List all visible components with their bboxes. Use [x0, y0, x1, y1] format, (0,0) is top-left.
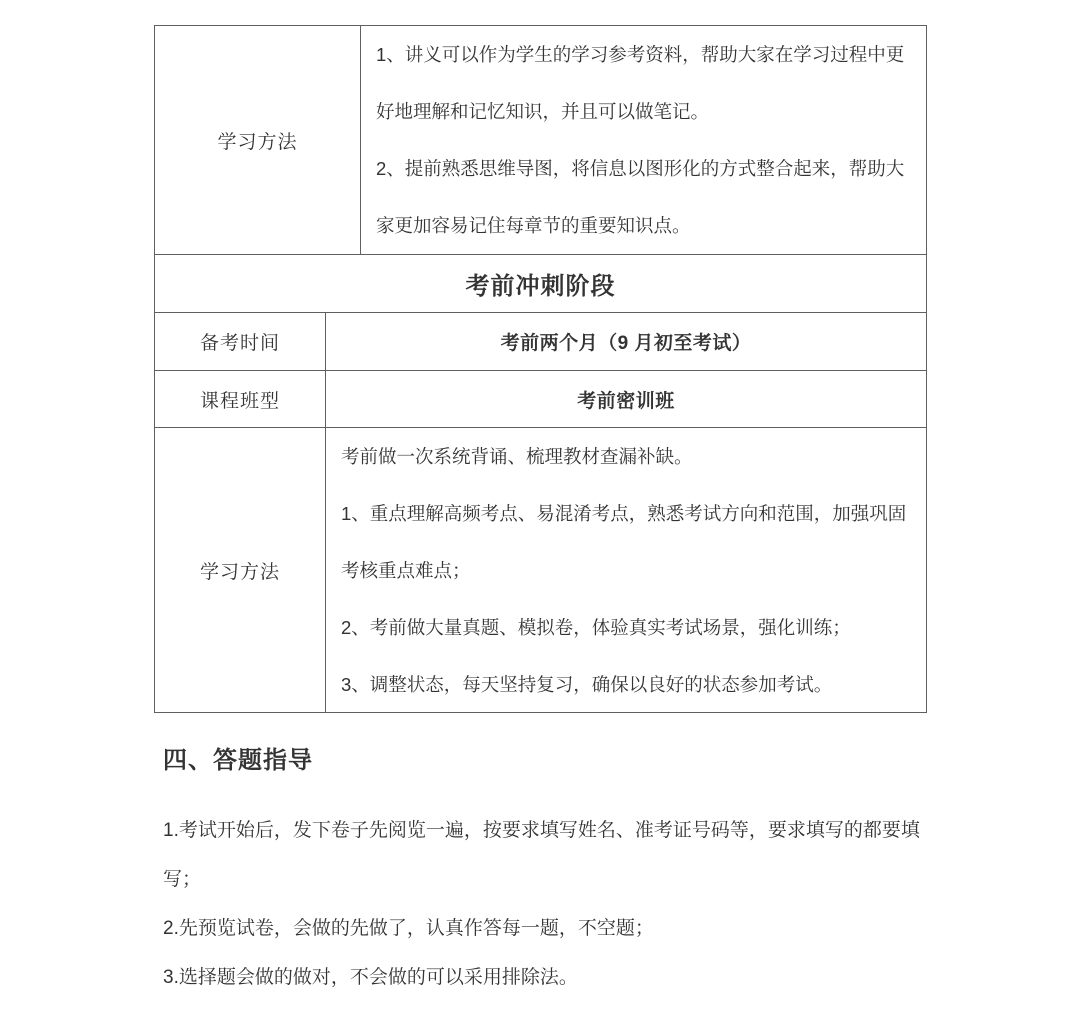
table-row-study-method-prep: 学习方法 1、讲义可以作为学生的学习参考资料，帮助大家在学习过程中更 好地理解和… — [155, 26, 926, 254]
answer-guidance-body: 1.考试开始后，发下卷子先阅览一遍，按要求填写姓名、准考证号码等，要求填写的都要… — [163, 806, 953, 1002]
stage-header-title: 考前冲刺阶段 — [155, 266, 926, 301]
row-label-prep-time: 备考时间 — [155, 313, 326, 370]
guidance-line: 写； — [163, 855, 953, 904]
guidance-line: 1.考试开始后，发下卷子先阅览一遍，按要求填写姓名、准考证号码等，要求填写的都要… — [163, 806, 953, 855]
table-row-stage-header: 考前冲刺阶段 — [155, 254, 926, 312]
content-line: 3、调整状态，每天坚持复习，确保以良好的状态参加考试。 — [341, 656, 926, 713]
content-line: 2、考前做大量真题、模拟卷，体验真实考试场景，强化训练； — [341, 599, 926, 656]
content-line: 2、提前熟悉思维导图，将信息以图形化的方式整合起来，帮助大 — [376, 140, 926, 197]
prep-time-value: 考前两个月（9 月初至考试） — [326, 313, 926, 370]
table-row-study-method-sprint: 学习方法 考前做一次系统背诵、梳理教材查漏补缺。 1、重点理解高频考点、易混淆考… — [155, 427, 926, 712]
row-label-study-method: 学习方法 — [155, 26, 361, 254]
section-heading-answer-guidance: 四、答题指导 — [163, 740, 313, 775]
guidance-line: 2.先预览试卷，会做的先做了，认真作答每一题，不空题； — [163, 904, 953, 953]
content-line: 考核重点难点； — [341, 542, 926, 599]
content-line: 家更加容易记住每章节的重要知识点。 — [376, 197, 926, 254]
row-label-study-method: 学习方法 — [155, 428, 326, 712]
content-line: 好地理解和记忆知识，并且可以做笔记。 — [376, 83, 926, 140]
table-row-course-type: 课程班型 考前密训班 — [155, 370, 926, 427]
content-line: 1、讲义可以作为学生的学习参考资料，帮助大家在学习过程中更 — [376, 26, 926, 83]
study-plan-table: 学习方法 1、讲义可以作为学生的学习参考资料，帮助大家在学习过程中更 好地理解和… — [154, 25, 927, 713]
study-method-sprint-content: 考前做一次系统背诵、梳理教材查漏补缺。 1、重点理解高频考点、易混淆考点，熟悉考… — [326, 428, 926, 712]
content-line: 1、重点理解高频考点、易混淆考点，熟悉考试方向和范围，加强巩固 — [341, 485, 926, 542]
guidance-line: 3.选择题会做的做对，不会做的可以采用排除法。 — [163, 953, 953, 1002]
row-label-course-type: 课程班型 — [155, 371, 326, 427]
study-method-prep-content: 1、讲义可以作为学生的学习参考资料，帮助大家在学习过程中更 好地理解和记忆知识，… — [361, 26, 926, 254]
table-row-prep-time: 备考时间 考前两个月（9 月初至考试） — [155, 312, 926, 370]
course-type-value: 考前密训班 — [326, 371, 926, 427]
content-line: 考前做一次系统背诵、梳理教材查漏补缺。 — [341, 428, 926, 485]
